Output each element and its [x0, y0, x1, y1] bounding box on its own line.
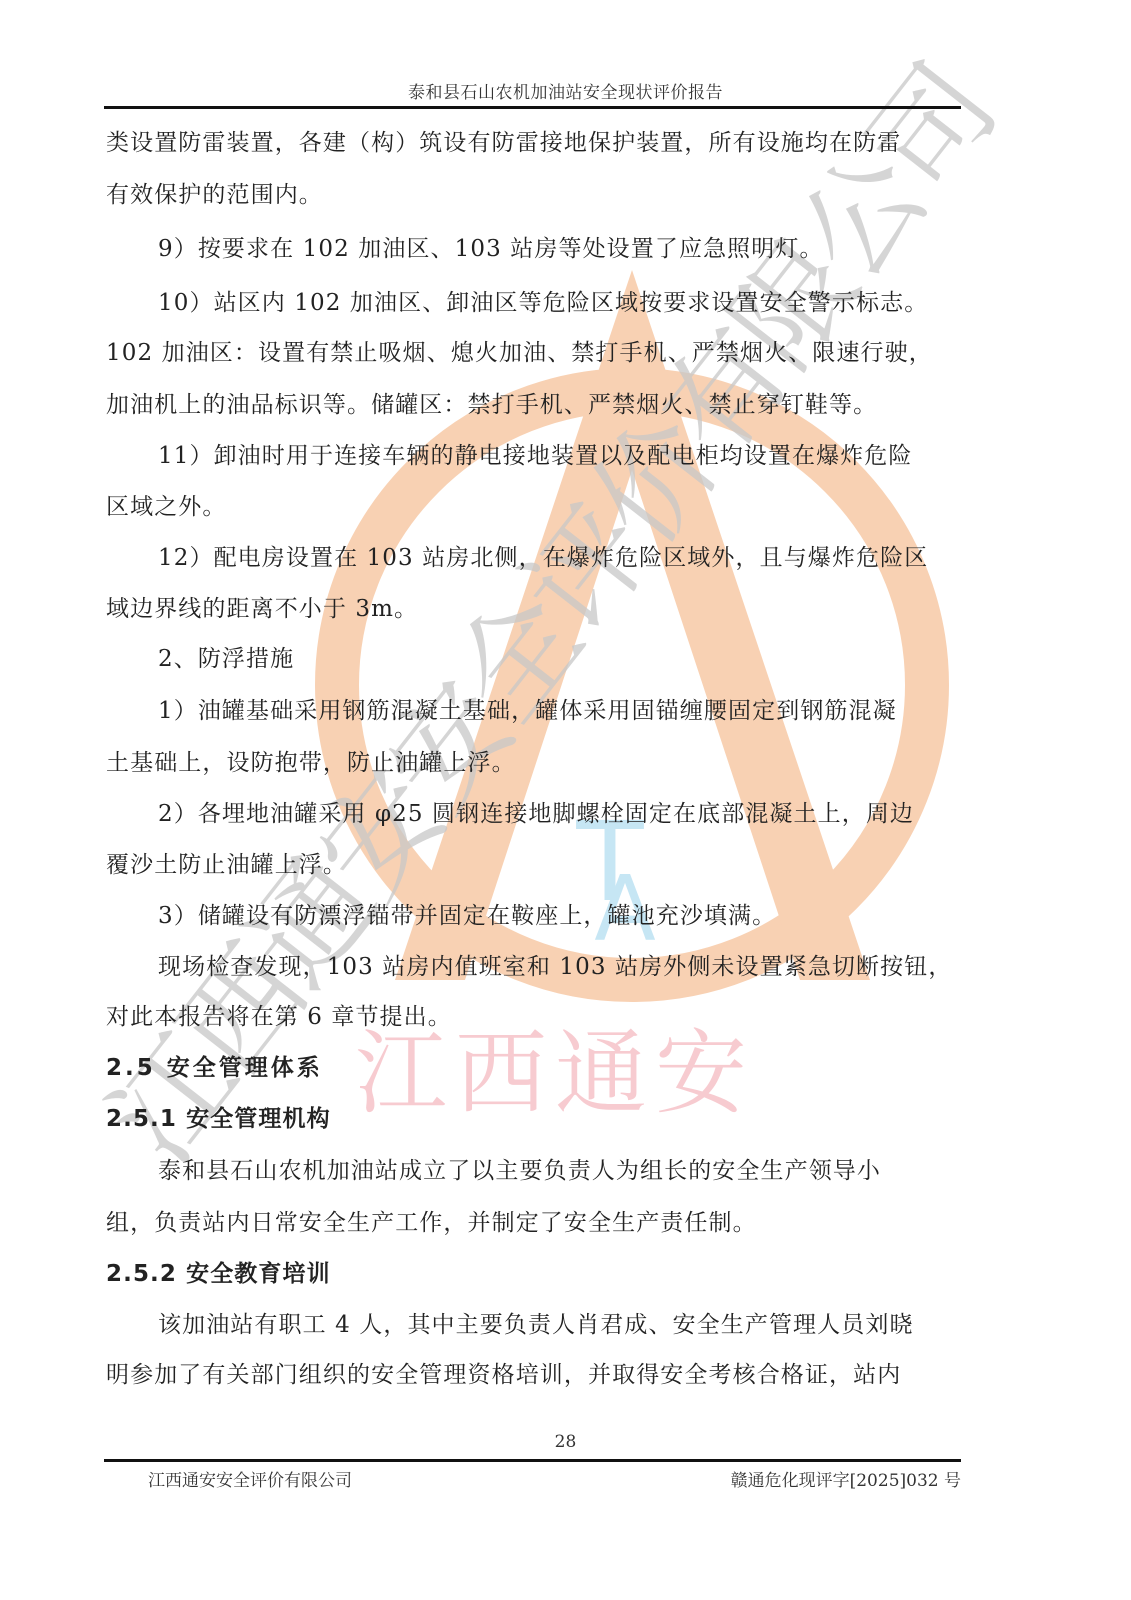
section-heading-2-5-1: 2.5.1 安全管理机构: [106, 1104, 331, 1134]
list-item-3: 3）储罐设有防漂浮锚带并固定在鞍座上，罐池充沙填满。: [158, 901, 776, 931]
list-item-2: 2）各埋地油罐采用 φ25 圆钢连接地脚螺栓固定在底部混凝土上，周边: [158, 799, 914, 829]
paragraph-line: 泰和县石山农机加油站成立了以主要负责人为组长的安全生产领导小: [158, 1156, 881, 1186]
paragraph-line: 土基础上，设防抱带，防止油罐上浮。: [106, 748, 516, 778]
list-item-10: 10）站区内 102 加油区、卸油区等危险区域按要求设置安全警示标志。: [158, 288, 928, 318]
page-number: 28: [0, 1432, 1131, 1452]
header-divider: [104, 106, 961, 109]
paragraph-line: 类设置防雷装置，各建（构）筑设有防雷接地保护装置，所有设施均在防雷: [106, 128, 901, 158]
finding-paragraph: 现场检查发现，103 站房内值班室和 103 站房外侧未设置紧急切断按钮，: [158, 952, 952, 982]
paragraph-line: 组，负责站内日常安全生产工作，并制定了安全生产责任制。: [106, 1208, 757, 1238]
footer-divider: [104, 1459, 961, 1462]
section-heading-2-5-2: 2.5.2 安全教育培训: [106, 1259, 331, 1289]
paragraph-line: 区域之外。: [106, 492, 227, 522]
report-header-title: 泰和县石山农机加油站安全现状评价报告: [0, 78, 1131, 103]
paragraph-line: 有效保护的范围内。: [106, 180, 323, 210]
paragraph-line: 域边界线的距离不小于 3m。: [106, 594, 418, 624]
svg-text:江西通安: 江西通安: [355, 1020, 755, 1127]
paragraph-line: 对此本报告将在第 6 章节提出。: [106, 1002, 452, 1032]
footer-company-name: 江西通安安全评价有限公司: [148, 1466, 352, 1491]
watermark-red-text: 江西通安: [355, 1020, 755, 1127]
paragraph-line: 102 加油区：设置有禁止吸烟、熄火加油、禁打手机、严禁烟火、限速行驶，: [106, 338, 933, 368]
list-item-9: 9）按要求在 102 加油区、103 站房等处设置了应急照明灯。: [158, 234, 824, 264]
list-item-11: 11）卸油时用于连接车辆的静电接地装置以及配电柜均设置在爆炸危险: [158, 441, 912, 471]
document-page: T A 江西通安安全评价有限公司 江西通安 泰和县石山农机加油站安全现状评价报告…: [0, 0, 1131, 1600]
section-heading-2-5: 2.5 安全管理体系: [106, 1053, 323, 1083]
list-item-1: 1）油罐基础采用钢筋混凝土基础，罐体采用固锚缠腰固定到钢筋混凝: [158, 696, 897, 726]
footer-report-number: 赣通危化现评字[2025]032 号: [731, 1466, 961, 1491]
paragraph-line: 加油机上的油品标识等。储罐区：禁打手机、严禁烟火、禁止穿钉鞋等。: [106, 390, 877, 420]
subsection-anti-float: 2、防浮措施: [158, 644, 294, 674]
paragraph-line: 该加油站有职工 4 人，其中主要负责人肖君成、安全生产管理人员刘晓: [158, 1310, 914, 1340]
list-item-12: 12）配电房设置在 103 站房北侧，在爆炸危险区域外，且与爆炸危险区: [158, 543, 928, 573]
paragraph-line: 覆沙土防止油罐上浮。: [106, 850, 347, 880]
paragraph-line: 明参加了有关部门组织的安全管理资格培训，并取得安全考核合格证，站内: [106, 1360, 901, 1390]
watermark-logo-circle-icon: [337, 270, 927, 980]
